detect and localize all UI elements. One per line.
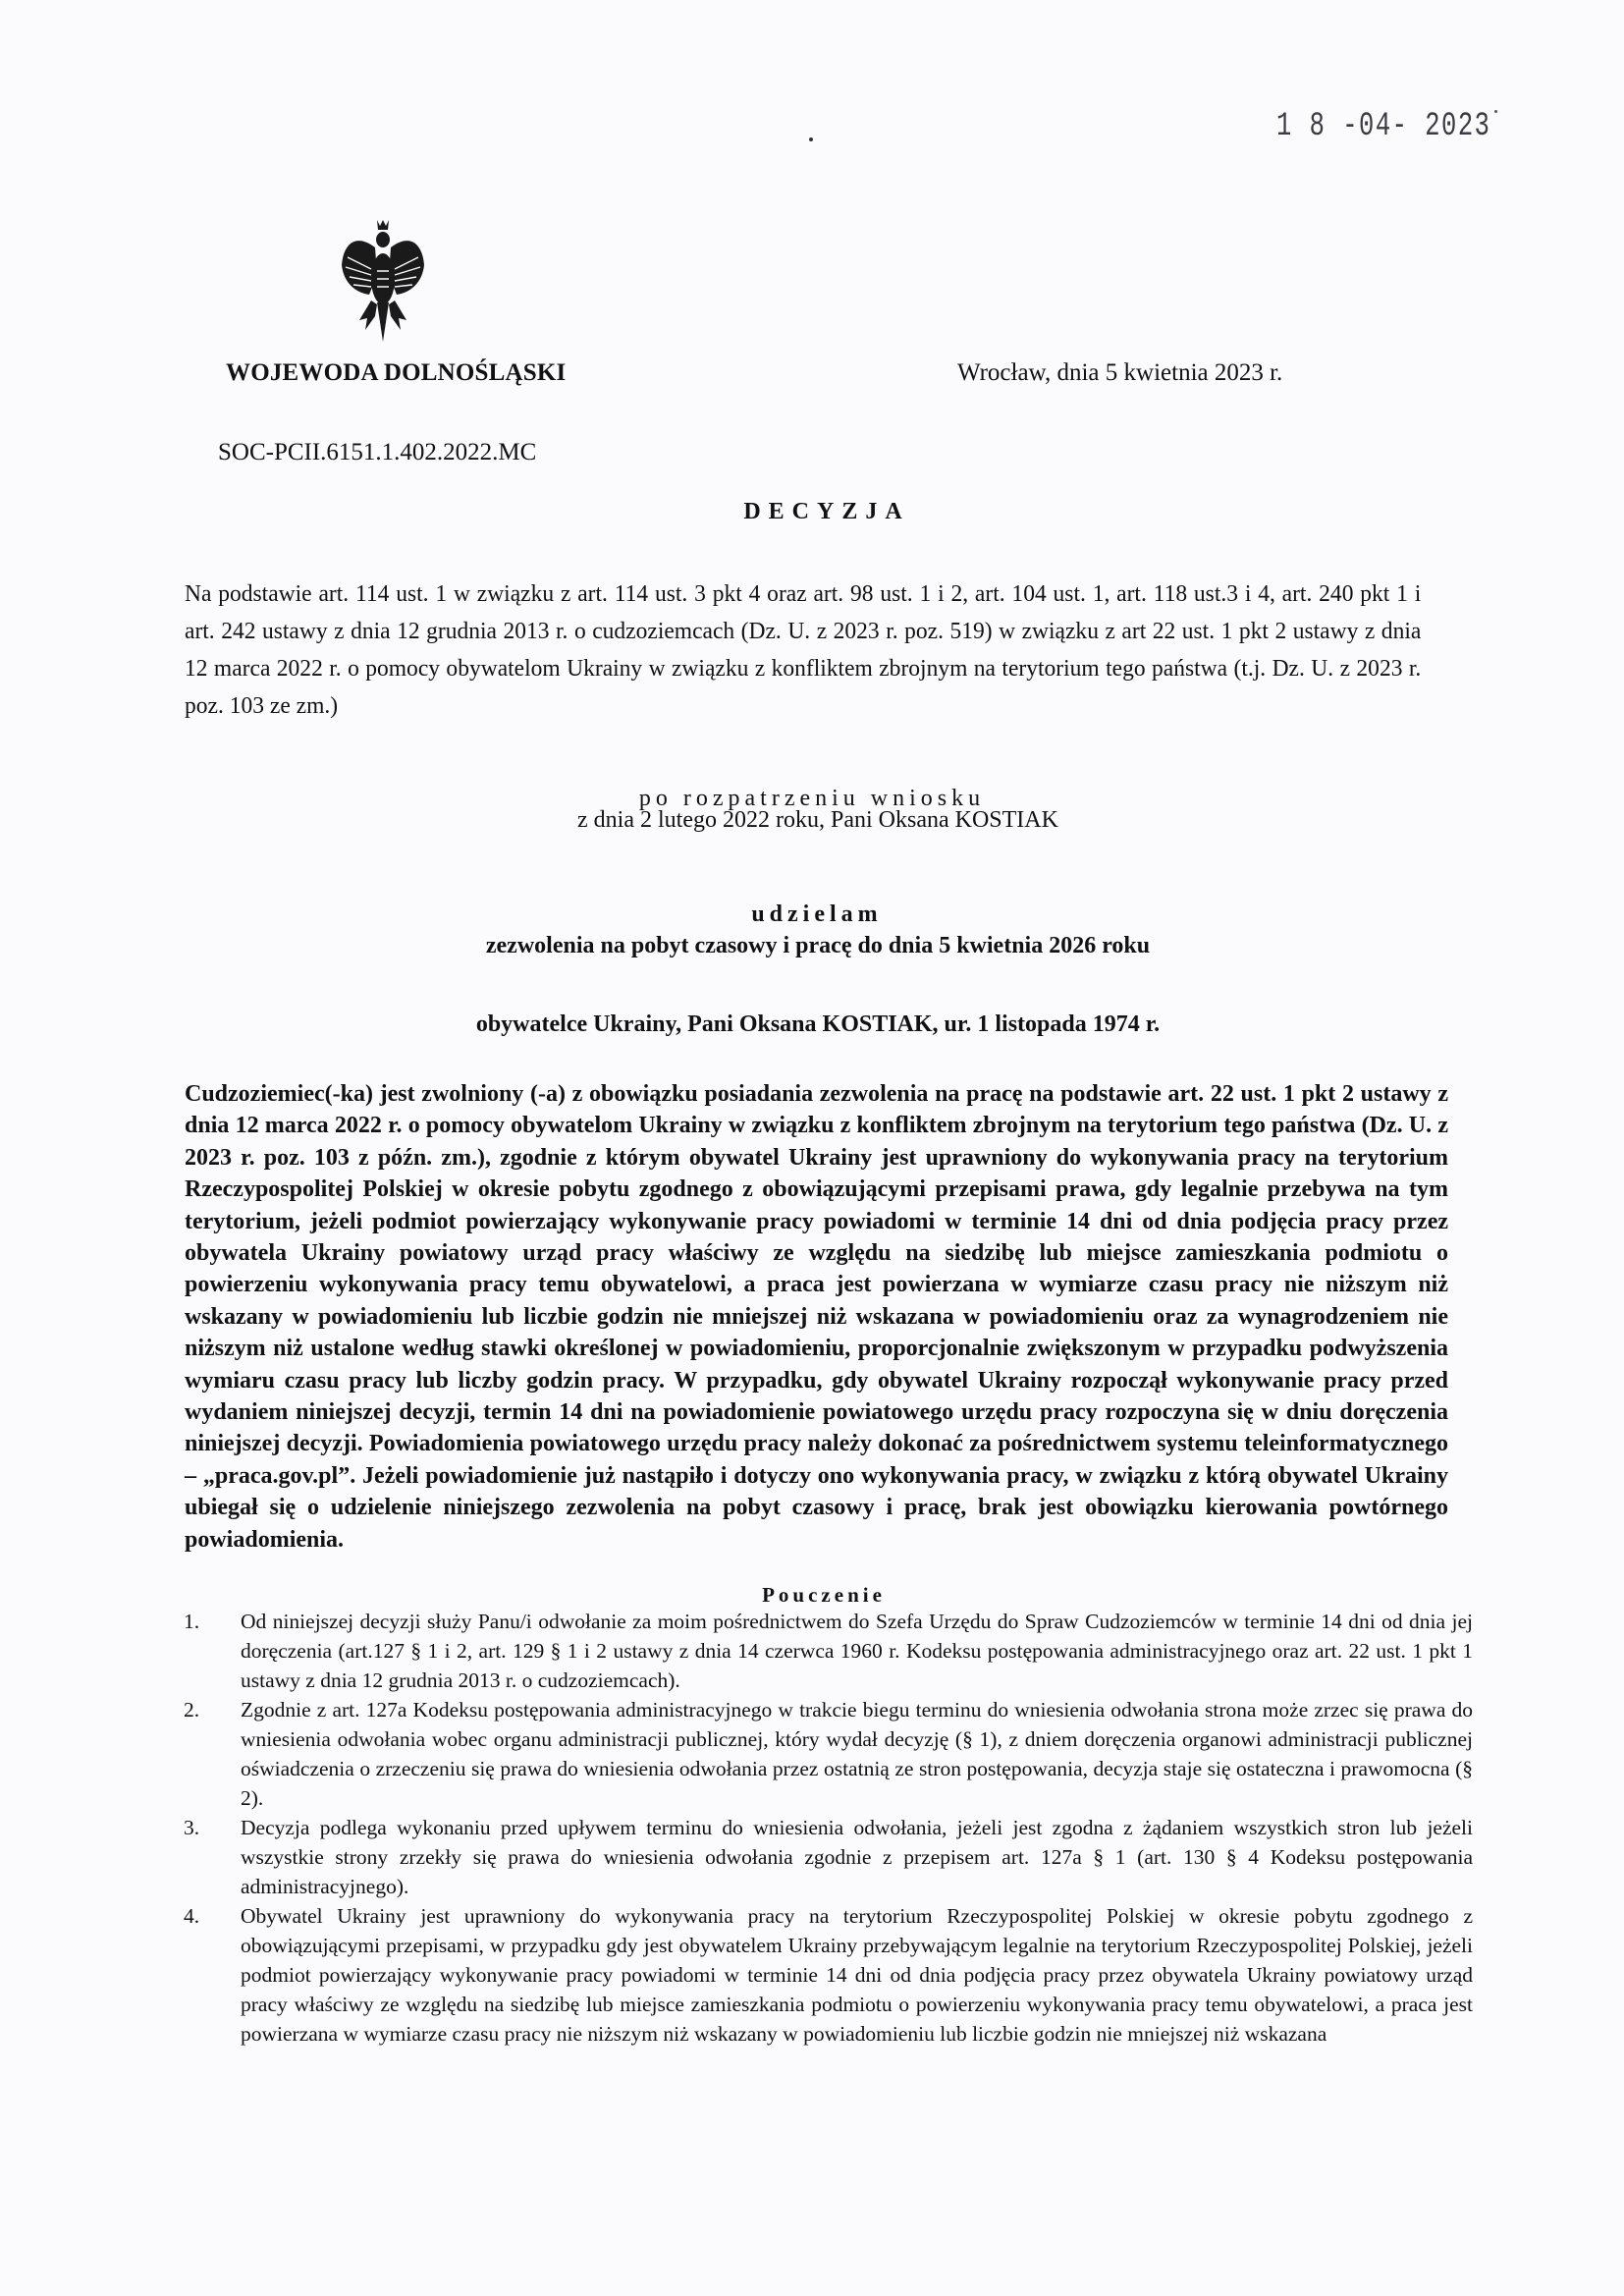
work-exemption-paragraph: Cudzoziemiec(-ka) jest zwolniony (-a) z … (185, 1078, 1448, 1556)
item-number: 4. (184, 1901, 199, 1931)
item-text: Decyzja podlega wykonaniu przed upływem … (241, 1816, 1473, 1898)
instructions-list: 1. Od niniejszej decyzji służy Panu/i od… (241, 1607, 1473, 2049)
item-text: Obywatel Ukrainy jest uprawniony do wyko… (241, 1904, 1473, 2046)
application-details: z dnia 2 lutego 2022 roku, Pani Oksana K… (0, 807, 1624, 834)
polish-eagle-emblem-icon (338, 214, 428, 344)
item-text: Od niniejszej decyzji służy Panu/i odwoł… (241, 1610, 1473, 1692)
list-item: 2. Zgodnie z art. 127a Kodeksu postępowa… (241, 1695, 1473, 1813)
instructions-heading: Pouczenie (0, 1583, 1624, 1608)
list-item: 1. Od niniejszej decyzji służy Panu/i od… (241, 1607, 1473, 1695)
list-item: 3. Decyzja podlega wykonaniu przed upływ… (241, 1813, 1473, 1901)
document-page: 1 8 -04- 2023 WOJEWODA DOLNOŚLĄSKI Wrocł… (0, 0, 1624, 2296)
receipt-date-stamp: 1 8 -04- 2023 (1276, 108, 1490, 145)
permit-description: zezwolenia na pobyt czasowy i pracę do d… (0, 933, 1624, 959)
scan-speck (1494, 110, 1497, 113)
legal-basis-paragraph: Na podstawie art. 114 ust. 1 w związku z… (185, 575, 1421, 725)
item-text: Zgodnie z art. 127a Kodeksu postępowania… (241, 1698, 1473, 1810)
issuing-authority: WOJEWODA DOLNOŚLĄSKI (226, 359, 566, 387)
place-and-date: Wrocław, dnia 5 kwietnia 2023 r. (957, 359, 1282, 387)
scan-speck (809, 137, 813, 141)
item-number: 1. (184, 1607, 199, 1636)
document-title: DECYZJA (0, 499, 1624, 525)
case-number: SOC-PCII.6151.1.402.2022.MC (218, 439, 536, 466)
list-item: 4. Obywatel Ukrainy jest uprawniony do w… (241, 1901, 1473, 2049)
item-number: 2. (184, 1695, 199, 1724)
item-number: 3. (184, 1813, 199, 1842)
permit-recipient: obywatelce Ukrainy, Pani Oksana KOSTIAK,… (0, 1011, 1624, 1038)
grant-verb: udzielam (0, 902, 1624, 928)
